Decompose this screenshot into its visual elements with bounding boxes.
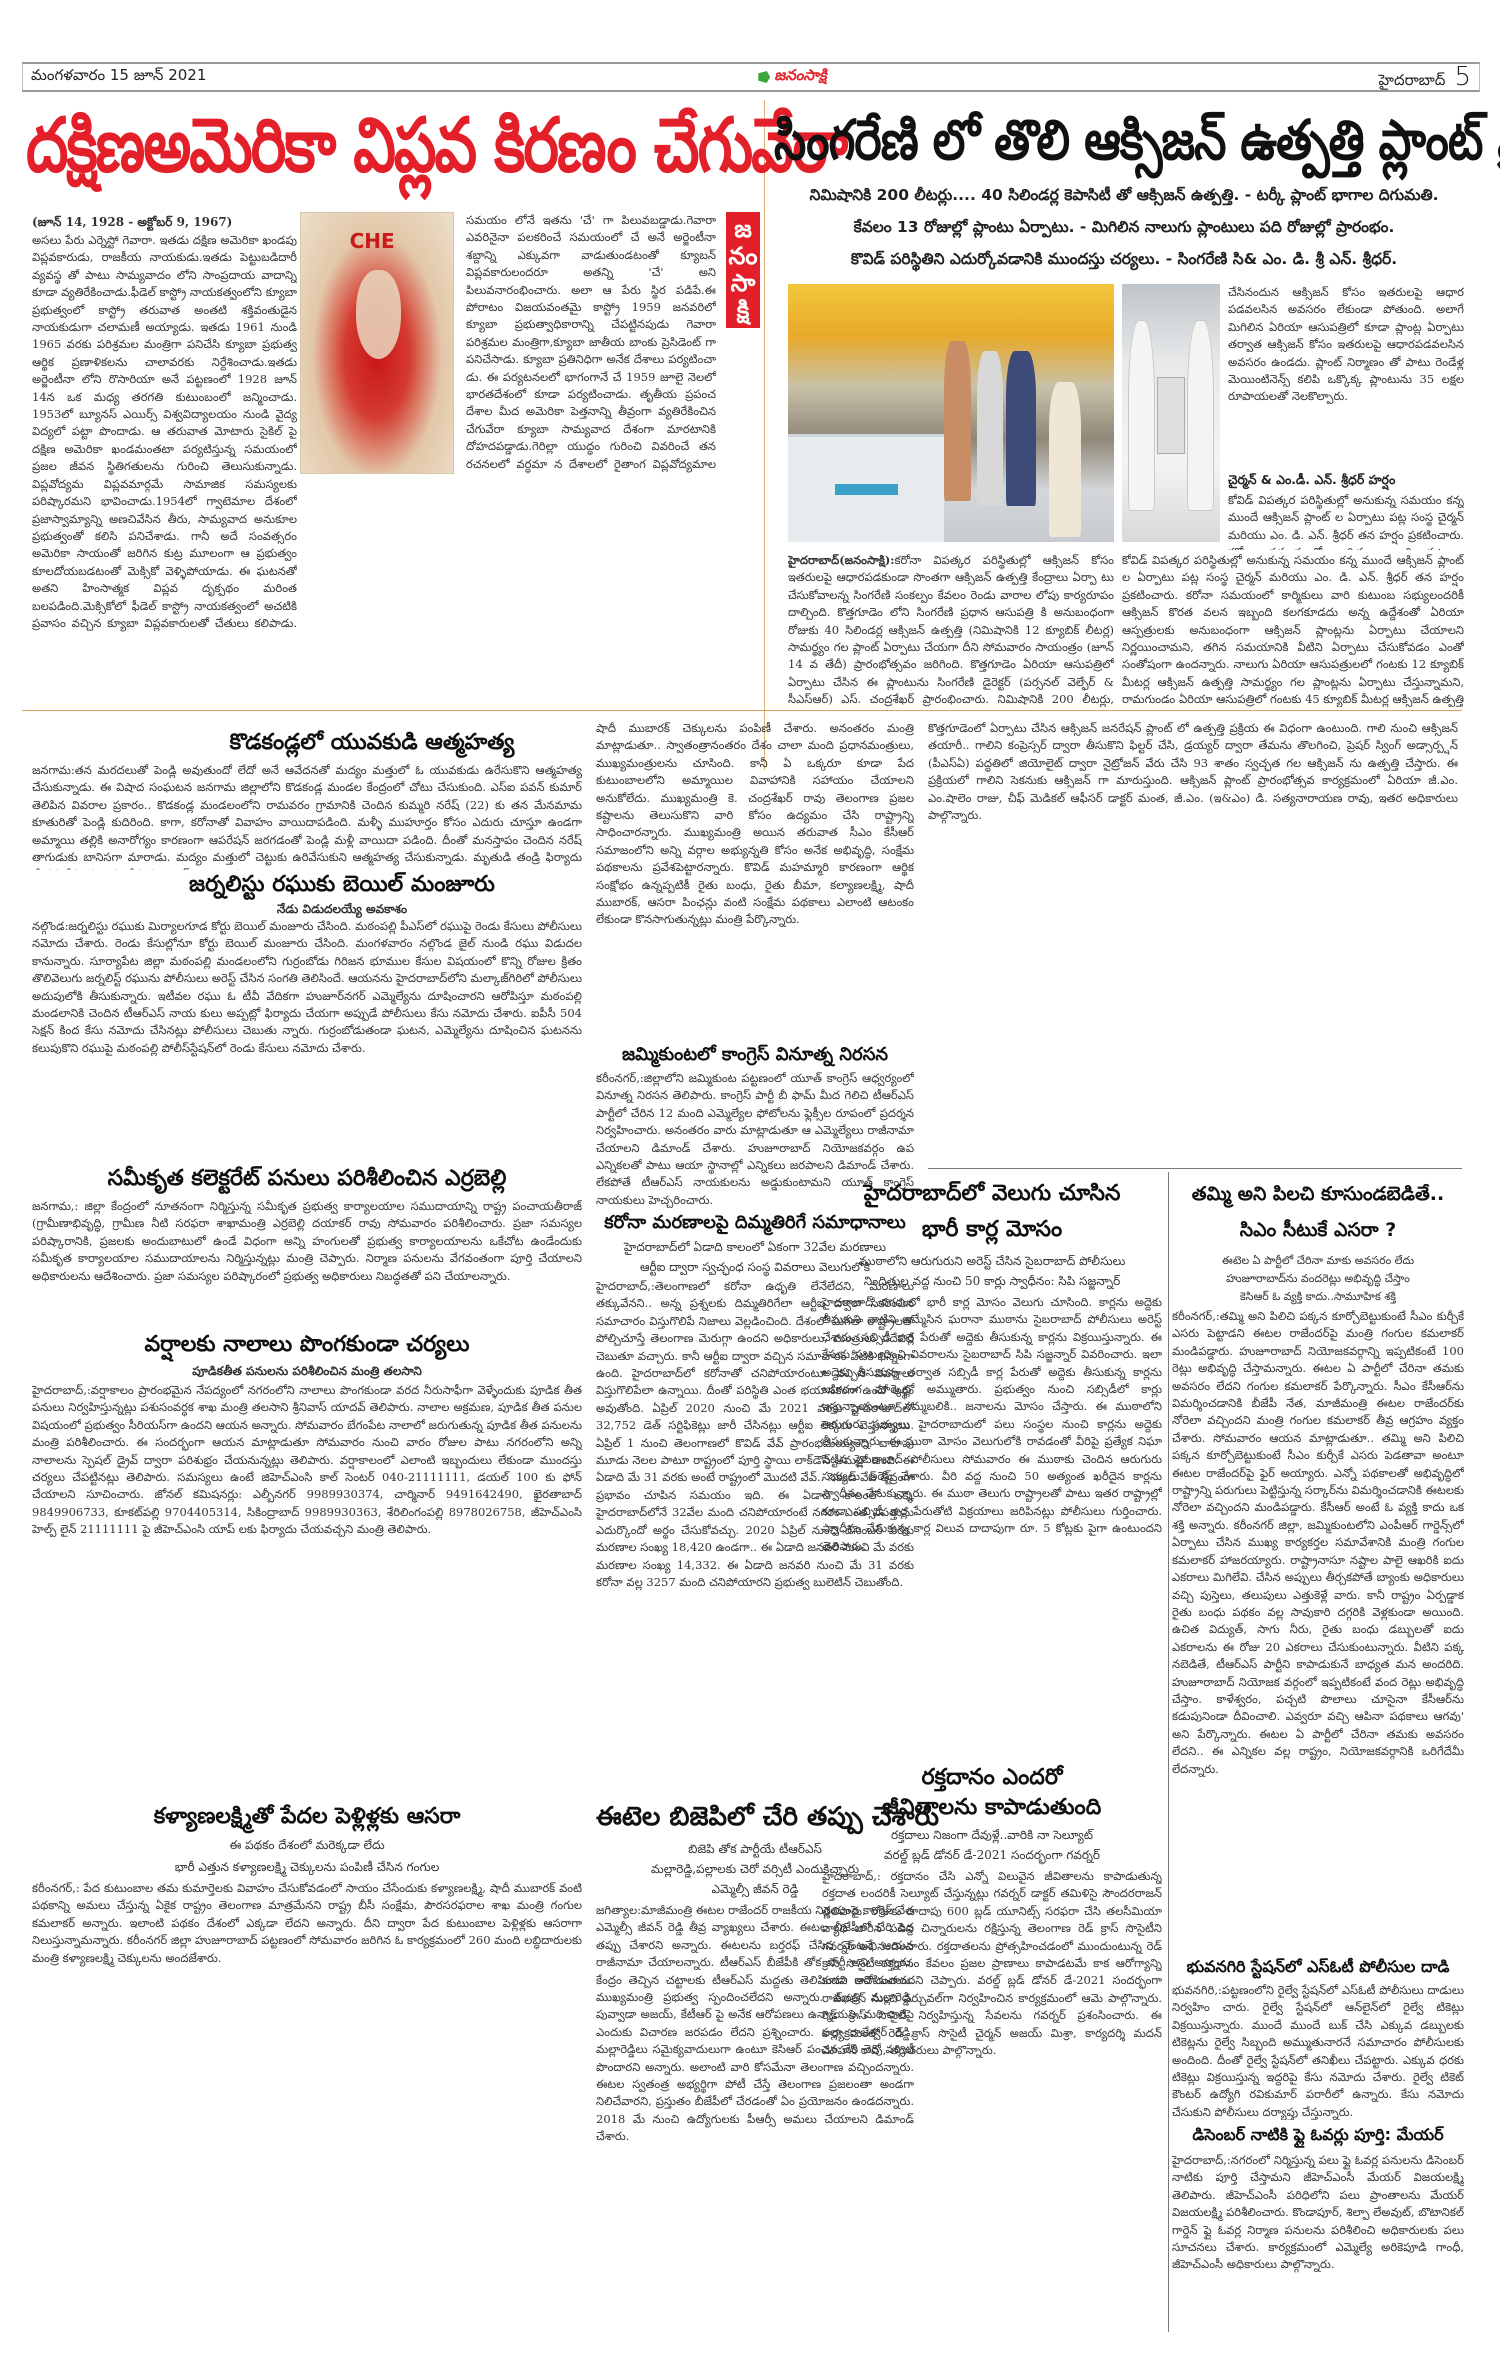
person-shape [977, 351, 1003, 506]
article-body: కరీంనగర్,: పేద కుటుంబాల తమ కుమార్తెలకు వ… [32, 1880, 582, 2020]
badge-char: సా [728, 270, 758, 297]
article-subhead: నేడు విడుదలయ్యే అవకాశం [122, 900, 562, 918]
singareni-subhead-text-a: కోవిడ్ విపత్కర పరిస్థితుల్లో అనుకున్న సమ… [1228, 492, 1464, 550]
article-headline-line1: హైదరాబాద్‌లో వెలుగు చూసిన [822, 1176, 1162, 1212]
che-body-col1: అసలు పేరు ఎర్నెస్టో గెవారా. ఇతడు దక్షిణ … [32, 232, 297, 632]
oxygen-generator-photo [1122, 284, 1220, 542]
article-body: నల్గొండ:జర్నలిస్టు రఘుకు మిర్యాలగూడ కోర్… [32, 918, 582, 1164]
article-subhead: ఈ పథకం దేశంలో మరెక్కడా లేదు [32, 1836, 582, 1854]
portrait-shape [356, 270, 402, 358]
article-body: జనగామ:తన మరదలుతో పెండ్లి అవుతుందో లేదో అ… [32, 762, 582, 870]
edition-city: హైదరాబాద్ [1379, 71, 1446, 89]
article-subhead: భారీ ఎత్తున కళ్యాణలక్ష్మి చెక్కులను పంపి… [32, 1858, 582, 1876]
badge-char: నం [728, 243, 758, 270]
singareni-deck-3: కొవిడ్ పరిస్థితిని ఎదుర్కోవడానికి ముందస్… [774, 244, 1474, 274]
article-body: జనగామ,: జిల్లా కేంద్రంలో నూతనంగా నిర్మిస… [32, 1198, 582, 1330]
che-body-col2: సమయం లోనే ఇతను 'చే' గా పిలువబడ్డాడు.గెవా… [466, 212, 716, 474]
oxygen-plant-inauguration-photo [788, 284, 1114, 542]
janam-sakshi-badge: జ నం సా క్షి [726, 212, 760, 328]
article-continuation: షాదీ ముబారక్ చెక్కులను పంపిణీ చేశారు. అన… [596, 720, 914, 1040]
article-headline-line2: జీవితాలను కాపాడుతుంది [822, 1792, 1162, 1824]
section-rule [928, 1168, 1462, 1169]
article-headline: డిసెంబర్ నాటికి ఫ్లై ఓవర్లు పూర్తి: మేయర… [1172, 2120, 1464, 2150]
dateline: హైదరాబాద్(జనంసాక్షి): [788, 553, 895, 567]
section-rule [22, 710, 1462, 711]
article-headline-line1: తమ్మి అని పిలచి కూసుండబెడితే.. [1172, 1176, 1464, 1212]
newspaper-name: జనంసాక్షి [774, 66, 826, 88]
column-rule [1168, 1172, 1169, 2332]
article-subhead: ఈటెల ఏ పార్టీలో చేరినా మాకు అవసరం లేదు [1172, 1252, 1464, 1270]
article-headline: వర్షాలకు నాలాలు పొంగకుండా చర్యలు [32, 1330, 582, 1360]
article-body: హైదరాబాద్,:నగరంలో భారీ కార్ల మోసం వెలుగు… [822, 1294, 1162, 1760]
che-image-caption: CHE [350, 229, 395, 253]
singareni-deck-2: కేవలం 13 రోజుల్లో ప్లాంటు ఏర్పాటు. - మిగ… [774, 212, 1474, 242]
singareni-continuation: కొత్తగూడెంలో ఏర్పాటు చేసిన ఆక్సిజన్ జనరే… [928, 720, 1458, 1160]
singareni-body-col1-text: కరోనా విపత్కర పరిస్థితుల్లో ఆక్సిజన్ కోస… [788, 553, 1114, 707]
edition-page: హైదరాబాద్ 5 [1379, 62, 1471, 93]
person-shape [944, 341, 970, 501]
article-subhead: పూడికతీత పనులను పరిశీలించిన మంత్రి తలసాన… [32, 1362, 582, 1380]
che-headline: దక్షిణఅమెరికా విప్లవ కిరణం చేగువేరా [26, 96, 761, 196]
che-guevara-image: CHE [300, 212, 454, 474]
singareni-side-text: చేసినందున ఆక్సిజన్ కోసం ఇతరులపై ఆధార పడవ… [1228, 284, 1464, 474]
article-body: భువనగిరి,:పట్టణంలోని రైల్వే స్టేషన్‌లో ఎ… [1172, 1982, 1464, 2120]
person-shape [1006, 351, 1035, 506]
article-subhead: వరల్డ్ బ్లడ్ డోనర్ డే-2021 సందర్భంగా గవర… [822, 1846, 1162, 1864]
article-headline: కొడకండ్లలో యువకుడి ఆత్మహత్య [152, 728, 592, 758]
badge-char: జ [728, 216, 758, 243]
newspaper-page: మంగళవారం 15 జూన్ 2021 జనంసాక్షి హైదరాబాద… [22, 62, 1480, 2342]
control-panel-shape [1157, 377, 1184, 454]
article-body: హైదరాబాద్,:నగరంలో నిర్మిస్తున్న పలు ఫ్లై… [1172, 2152, 1464, 2328]
singareni-headline: సింగరేణి లో తొలి ఆక్సిజన్ ఉత్పత్తి ప్లాం… [774, 100, 1474, 179]
article-headline: జర్నలిస్టు రఘుకు బెయిల్ మంజూరు [122, 870, 562, 900]
telangana-map-icon [758, 71, 770, 83]
singareni-deck-1: నిమిషానికి 200 లీటర్లు.... 40 సిలిండర్ల … [774, 180, 1474, 210]
column-rule [764, 100, 765, 770]
article-subhead: రక్తదాలు నిజంగా దేవుళ్లే..వారికి నా సెల్… [822, 1826, 1162, 1844]
article-body: హైదరాబాద్,: రక్తదానం చేసి ఎన్నో విలువైన … [822, 1868, 1162, 2328]
article-subhead: నిందితుల వద్ద నుంచి 50 కార్లు స్వాధీనం: … [822, 1272, 1162, 1290]
article-headline-line1: రక్తదానం ఎందరో [822, 1762, 1162, 1794]
singareni-subhead: చైర్మన్ & ఎం.డీ. ఎన్. శ్రీధర్ హర్షం [1228, 472, 1464, 491]
article-headline-line2: భారీ కార్ల మోసం [822, 1212, 1162, 1248]
badge-char: క్షి [728, 297, 758, 324]
page-number: 5 [1454, 62, 1471, 92]
issue-date: మంగళవారం 15 జూన్ 2021 [31, 66, 206, 88]
article-body: హైదరాబాద్,:వర్షాకాలం ప్రారంభమైన నేపద్యంల… [32, 1382, 582, 1786]
person-shape [1049, 382, 1082, 537]
oxygen-tank-shape [1187, 320, 1214, 511]
article-headline: కళ్యాణలక్ష్మితో పేదల పెళ్లిళ్లకు ఆసరా [32, 1802, 582, 1832]
article-subhead: హుజూరాబాద్‌ను వందరెట్లు అభివృద్ధి చేస్తా… [1172, 1270, 1464, 1288]
article-body: కరీంనగర్,:తమ్మి అని పిలిచి పక్కన కూర్చోబ… [1172, 1308, 1464, 1948]
singareni-body-col2: కోవిడ్ విపత్కర పరిస్థితుల్లో అనుకున్న సమ… [1122, 552, 1464, 707]
oxygen-machine-shape [788, 434, 944, 542]
article-subhead: ముఠాలోని ఆరుగురుని అరెస్ట్ చేసిన సైబరాబా… [822, 1252, 1162, 1270]
masthead-bar: మంగళవారం 15 జూన్ 2021 జనంసాక్షి హైదరాబాద… [22, 62, 1480, 92]
newspaper-logo: జనంసాక్షి [758, 66, 826, 88]
oxygen-tank-shape [1128, 320, 1155, 511]
article-headline: జమ్మికుంటలో కాంగ్రెస్ వినూత్న నిరసన [596, 1040, 914, 1070]
article-headline: సమీకృత కలెక్టరేట్ పనులు పరిశీలించిన ఎర్ర… [32, 1164, 582, 1194]
article-headline-line2: సిఎం సీటుకే ఎసరా ? [1172, 1212, 1464, 1248]
singareni-body-col1: హైదరాబాద్(జనంసాక్షి):కరోనా విపత్కర పరిస్… [788, 552, 1114, 707]
article-subhead: కెసిఆర్ ఓ వ్యక్తి కాదు..సామూహిక శక్తి [1172, 1288, 1464, 1306]
article-headline: భువనగిరి స్టేషన్‌లో ఎస్ఓటీ పోలీసుల దాడి [1172, 1952, 1464, 1982]
